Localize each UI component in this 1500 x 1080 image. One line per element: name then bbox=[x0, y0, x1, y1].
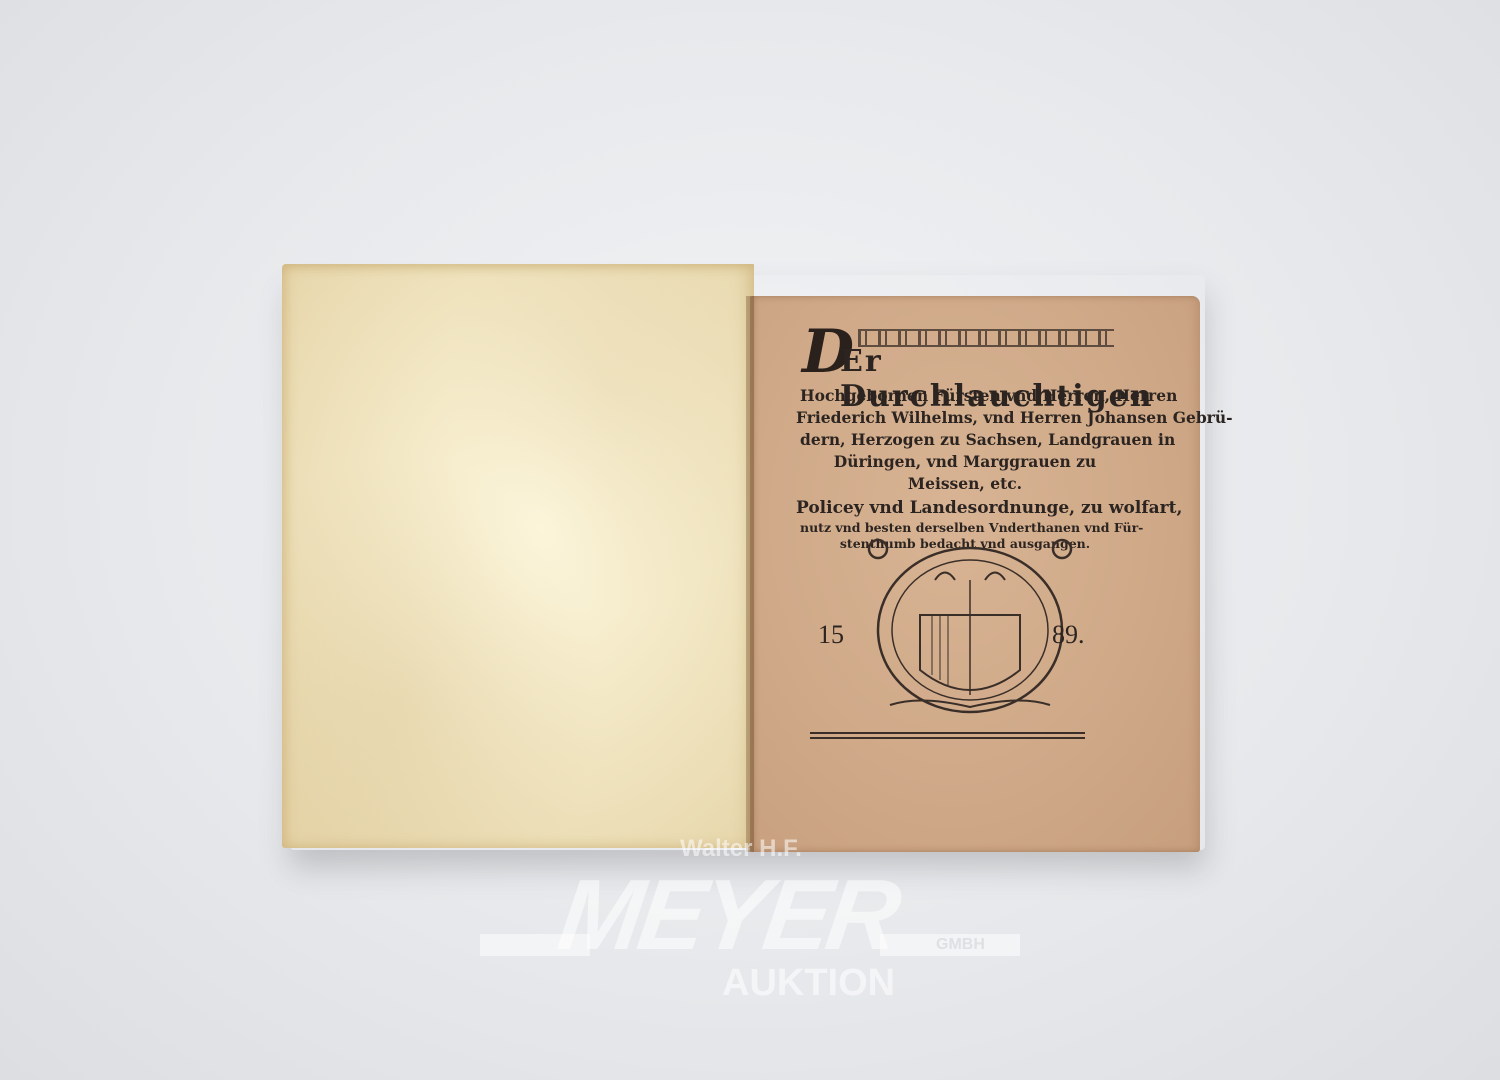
subtitle: Policey vnd Landesordnunge, zu wolfart, bbox=[796, 498, 1134, 518]
title-text-line: Friederich Wilhelms, vnd Herren Johansen… bbox=[796, 408, 1134, 427]
title-text-line: Hochgebornen Fürsten vnd Herren, Herren bbox=[800, 386, 1130, 405]
book-gutter bbox=[746, 296, 754, 852]
watermark-suffix: GMBH bbox=[936, 936, 985, 954]
year-left: 15 bbox=[818, 620, 844, 650]
title-text-line: Düringen, vnd Marggrauen zu bbox=[800, 452, 1130, 471]
year-right: 89. bbox=[1052, 620, 1085, 650]
title-text-line: dern, Herzogen zu Sachsen, Landgrauen in bbox=[800, 430, 1130, 449]
subtitle-line: nutz vnd besten derselben Vnderthanen vn… bbox=[800, 520, 1130, 535]
watermark-sub: AUKTION bbox=[722, 962, 895, 1005]
coat-of-arms-icon bbox=[860, 535, 1080, 721]
double-rule bbox=[810, 732, 1085, 739]
watermark-main: MEYER bbox=[552, 858, 904, 973]
title-text-line: Meissen, etc. bbox=[800, 474, 1130, 493]
left-page-blank bbox=[282, 264, 754, 848]
